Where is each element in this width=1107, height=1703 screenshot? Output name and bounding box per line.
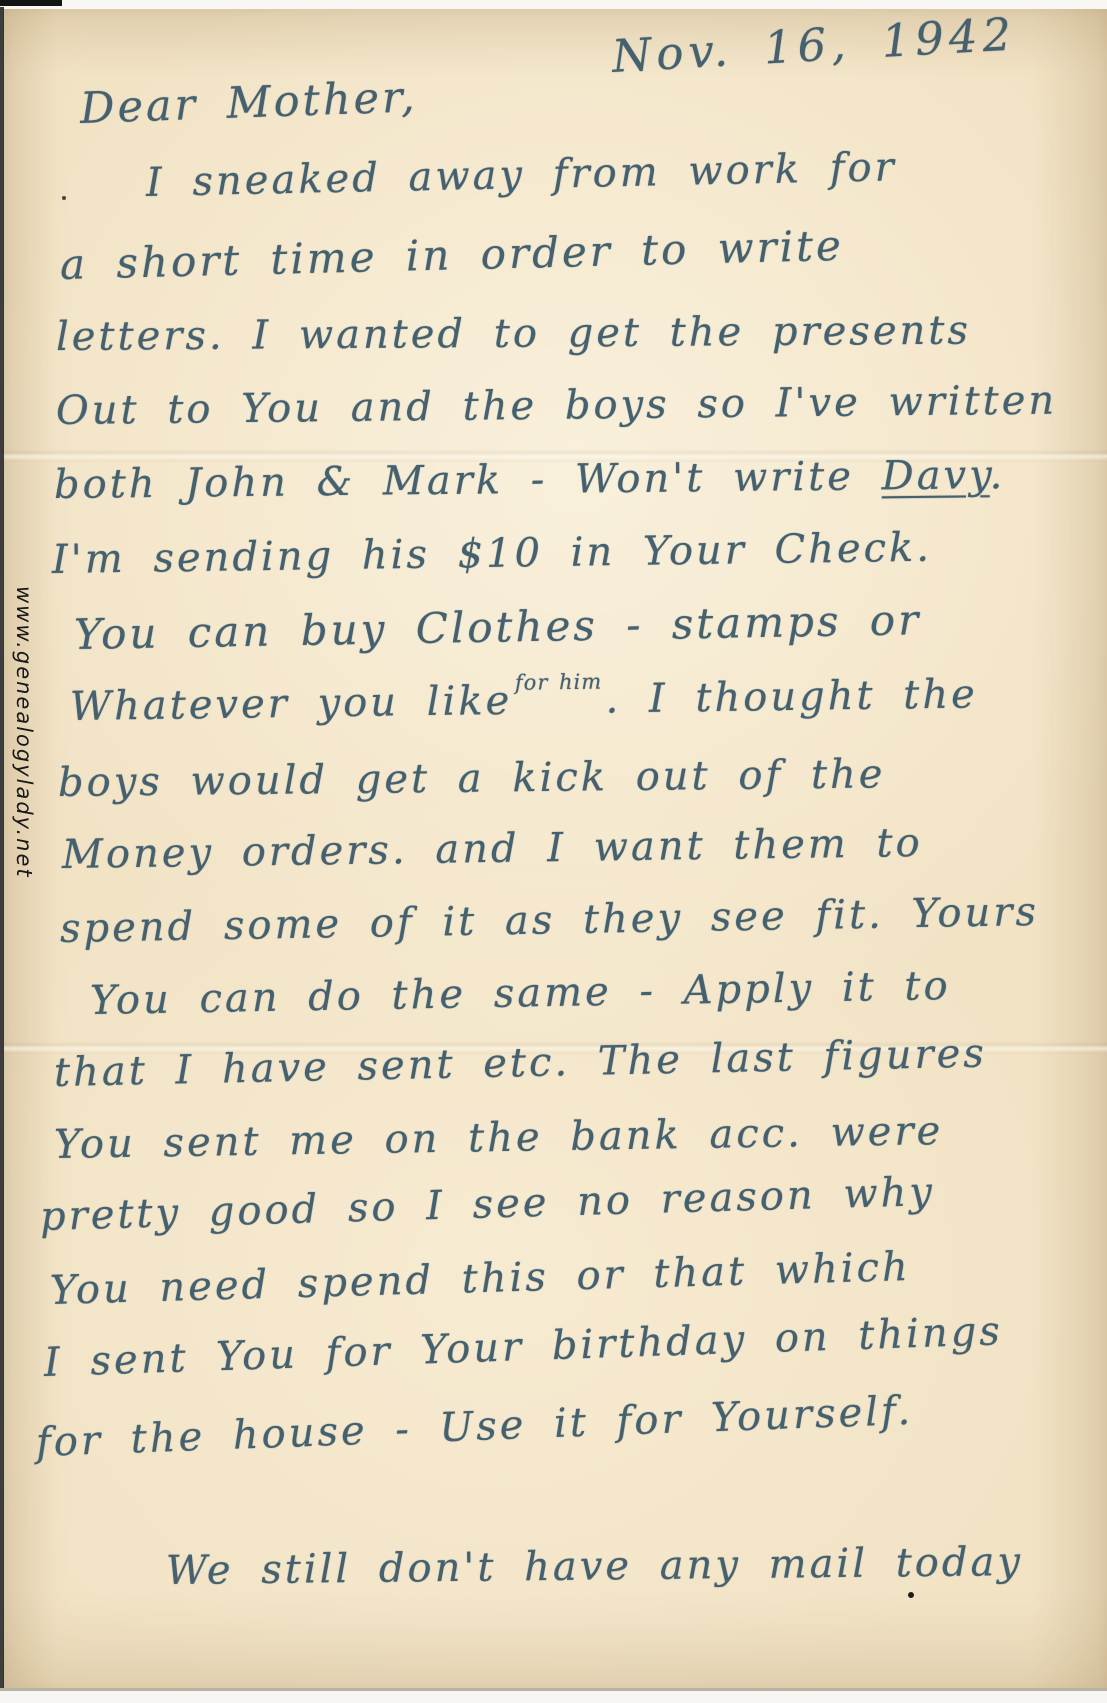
scan-edge-left-line	[0, 7, 4, 1691]
scan-edge-top	[0, 0, 1107, 9]
ink-speck	[908, 1592, 914, 1598]
scan-edge-bottom-line	[0, 1688, 1107, 1691]
interline-insertion: for him	[515, 670, 603, 695]
line-text: .	[989, 452, 1005, 498]
line-text: both John & Mark - Won't write	[54, 453, 882, 508]
letter-line: We still don't have any mail today	[166, 1539, 1023, 1594]
line-text: Whatever you like	[70, 678, 513, 730]
letter-scan: www.genealogylady.net Nov. 16, 1942 Dear…	[0, 0, 1107, 1703]
letter-line: boys would get a kick out of the	[58, 751, 886, 806]
watermark: www.genealogylady.net	[12, 586, 36, 879]
underlined-word: Davy	[881, 452, 989, 499]
scan-corner-mark	[0, 0, 62, 6]
scan-edge-bottom	[0, 1691, 1107, 1703]
line-text: . I thought the	[605, 671, 978, 722]
ink-speck	[62, 196, 66, 200]
letter-line: letters. I wanted to get the presents	[56, 308, 971, 360]
